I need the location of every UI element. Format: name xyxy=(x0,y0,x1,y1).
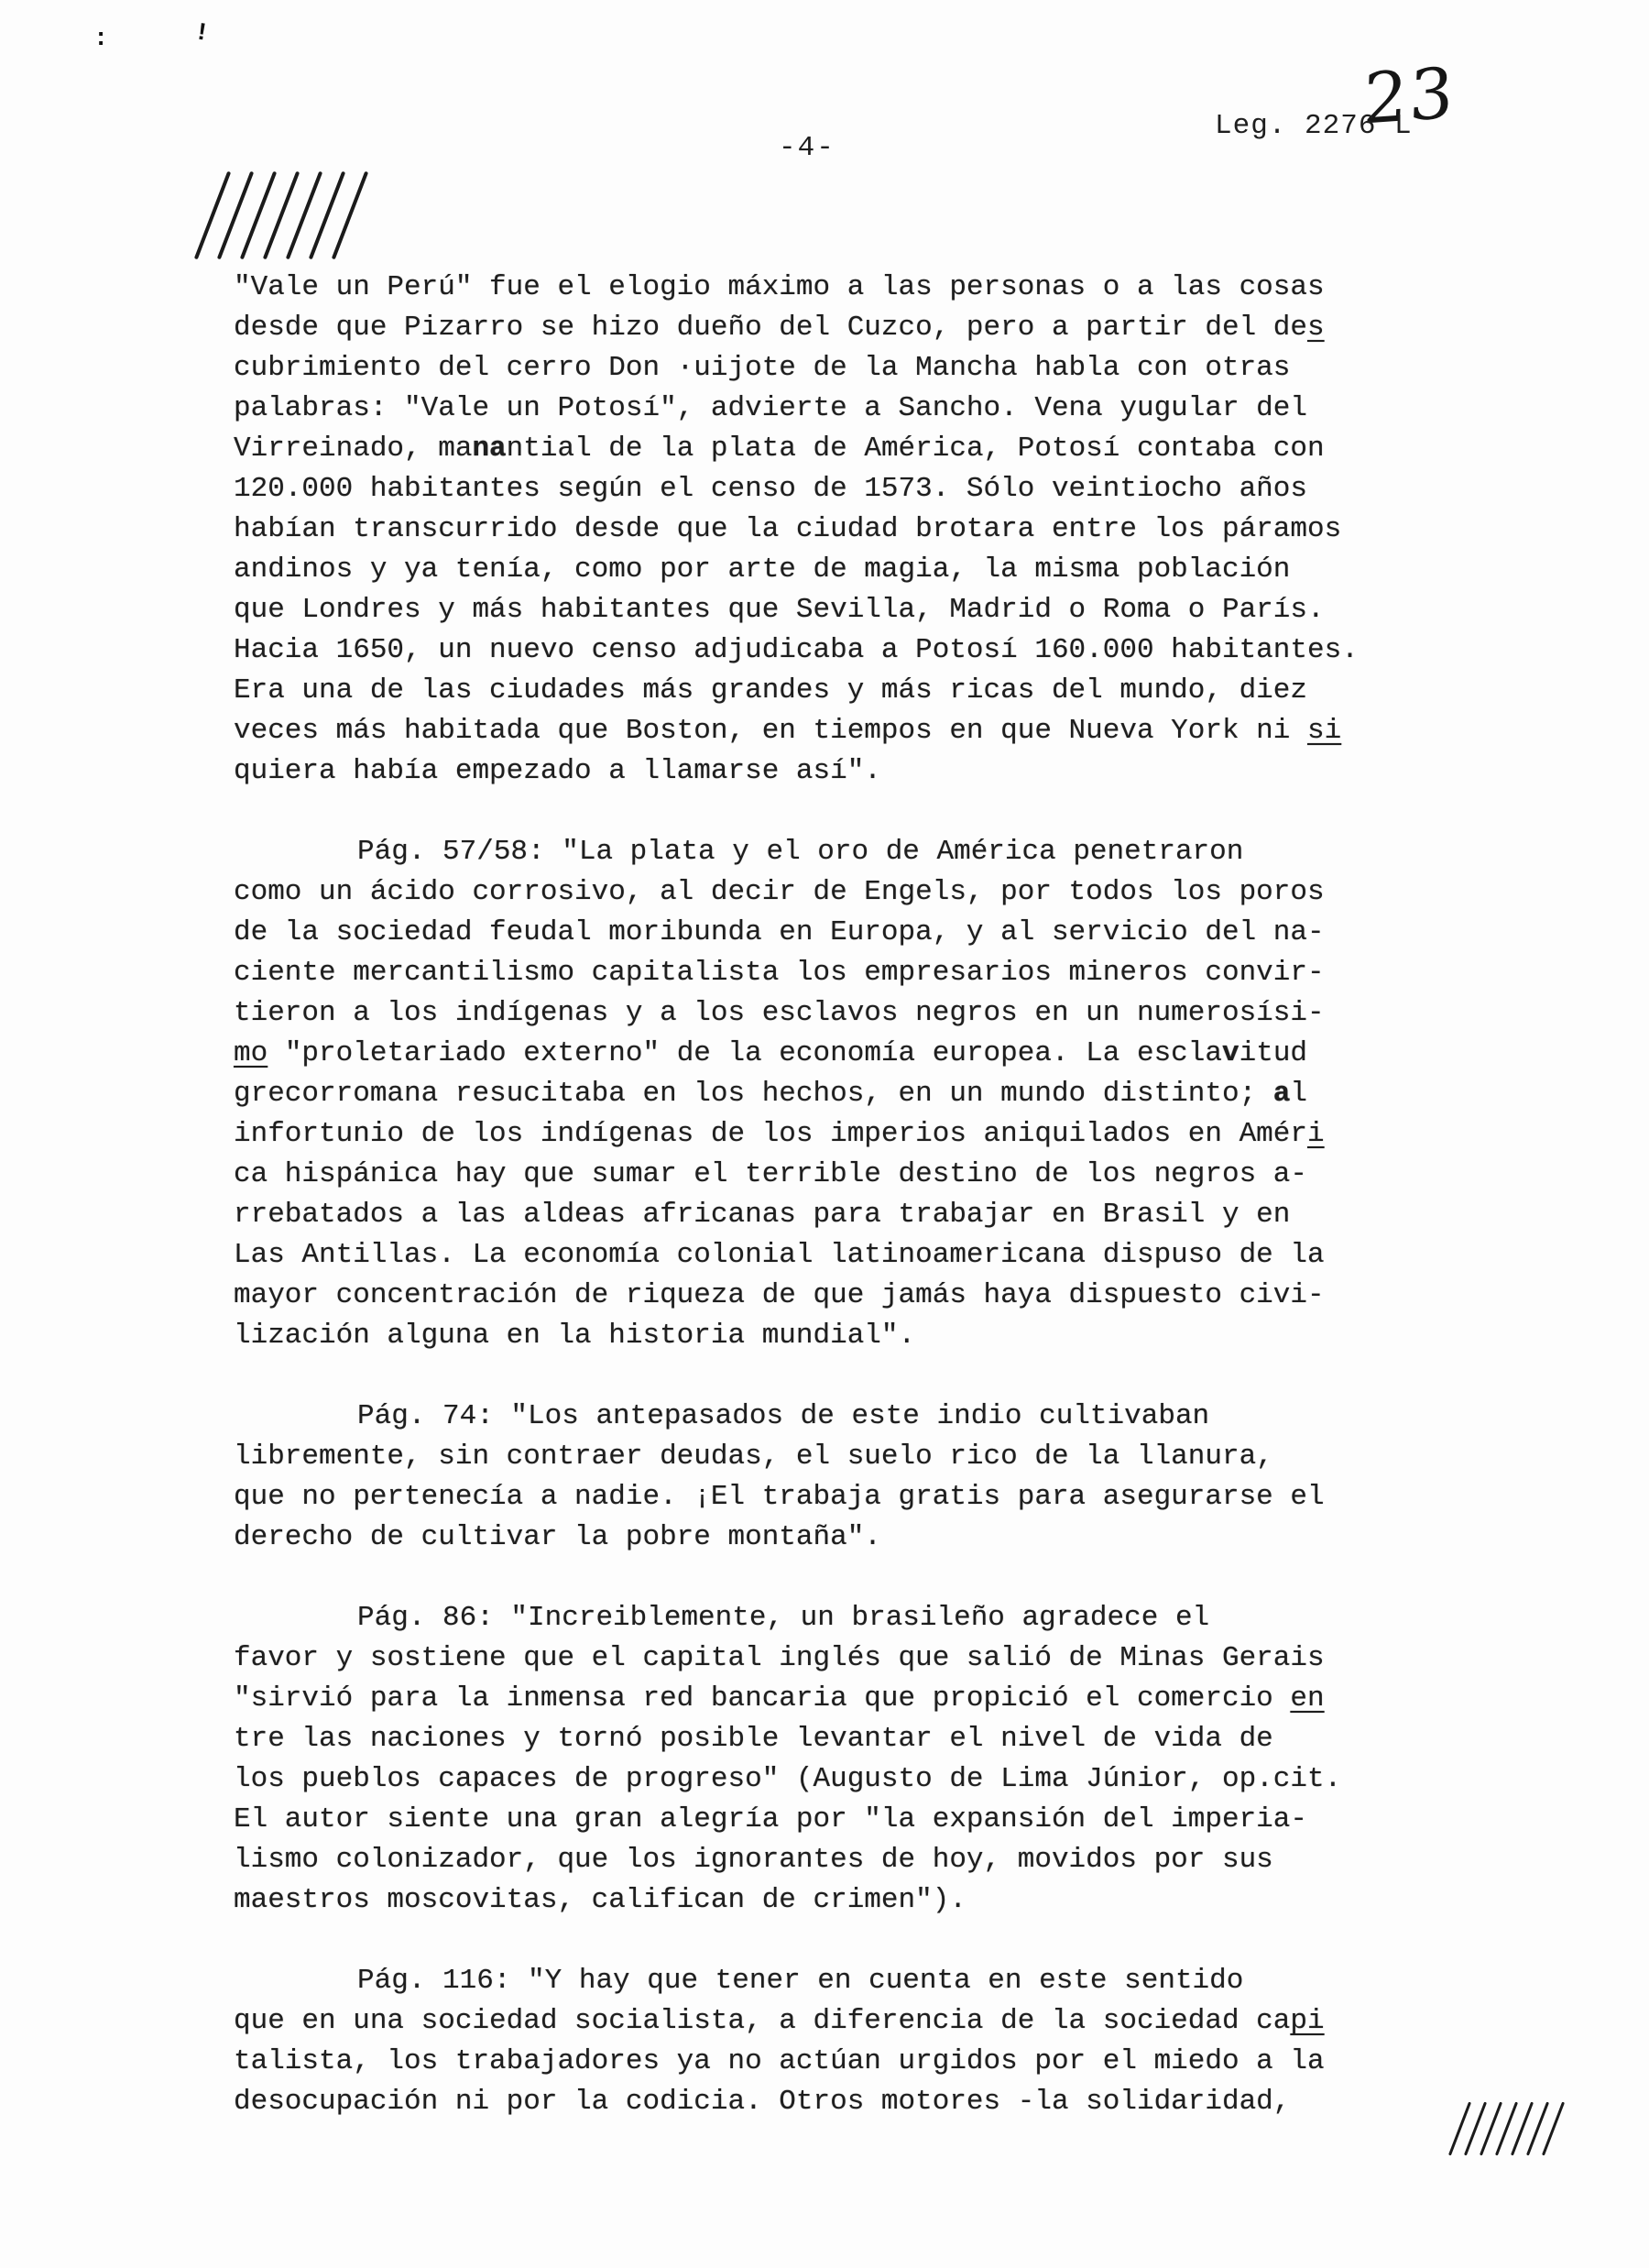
text-segment: na xyxy=(472,433,506,465)
text-segment: derecho de cultivar la pobre montaña". xyxy=(234,1521,881,1553)
text-line: Hacia 1650, un nuevo censo adjudicaba a … xyxy=(234,630,1443,671)
text-segment: Pág. 86: "Increiblemente, un brasileño a… xyxy=(357,1602,1209,1634)
text-line: Era una de las ciudades más grandes y má… xyxy=(234,671,1443,711)
text-line: lización alguna en la historia mundial". xyxy=(234,1316,1443,1356)
text-segment: El autor siente una gran alegría por "la… xyxy=(234,1803,1307,1835)
paragraph: Pág. 86: "Increiblemente, un brasileño a… xyxy=(234,1598,1443,1921)
text-segment: a xyxy=(1273,1078,1291,1110)
text-line: Pág. 116: "Y hay que tener en cuenta en … xyxy=(234,1961,1443,2001)
text-line: "sirvió para la inmensa red bancaria que… xyxy=(234,1679,1443,1719)
text-line: Pág. 57/58: "La plata y el oro de Améric… xyxy=(234,832,1443,872)
text-segment: l xyxy=(1290,1078,1307,1110)
document-body: "Vale un Perú" fue el elogio máximo a la… xyxy=(234,268,1443,2163)
text-segment: Pág. 57/58: "La plata y el oro de Améric… xyxy=(357,836,1243,868)
text-segment: de la sociedad feudal moribunda en Europ… xyxy=(234,916,1325,948)
text-line: desde que Pizarro se hizo dueño del Cuzc… xyxy=(234,308,1443,348)
legajo-reference-label: Leg. 2276 L xyxy=(1215,110,1413,142)
text-segment: desocupación ni por la codicia. Otros mo… xyxy=(234,2086,1290,2118)
text-line: rrebatados a las aldeas africanas para t… xyxy=(234,1195,1443,1235)
text-line: ca hispánica hay que sumar el terrible d… xyxy=(234,1155,1443,1195)
text-line: Las Antillas. La economía colonial latin… xyxy=(234,1235,1443,1276)
text-segment: Hacia 1650, un nuevo censo adjudicaba a … xyxy=(234,634,1359,666)
text-segment: s xyxy=(1307,312,1325,344)
paragraph: Pág. 74: "Los antepasados de este indio … xyxy=(234,1397,1443,1558)
text-line: 120.000 habitantes según el censo de 157… xyxy=(234,469,1443,509)
text-segment: si xyxy=(1307,715,1341,747)
text-segment: Pág. 74: "Los antepasados de este indio … xyxy=(357,1400,1209,1432)
text-line: infortunio de los indígenas de los imper… xyxy=(234,1114,1443,1155)
text-segment: ciente mercantilismo capitalista los emp… xyxy=(234,957,1325,989)
text-segment: quiera había empezado a llamarse así". xyxy=(234,755,881,787)
text-segment: Las Antillas. La economía colonial latin… xyxy=(234,1239,1325,1271)
text-segment: veces más habitada que Boston, en tiempo… xyxy=(234,715,1307,747)
text-line: desocupación ni por la codicia. Otros mo… xyxy=(234,2082,1443,2122)
slash-marks-bottom xyxy=(1458,2100,1555,2157)
text-segment: que en una sociedad socialista, a difere… xyxy=(234,2005,1290,2037)
text-segment: tieron a los indígenas y a los esclavos … xyxy=(234,997,1325,1029)
paragraph: "Vale un Perú" fue el elogio máximo a la… xyxy=(234,268,1443,792)
text-line: que en una sociedad socialista, a difere… xyxy=(234,2001,1443,2042)
scanned-typewritten-page: : ! 23 Leg. 2276 L -4- "Vale un Perú" fu… xyxy=(0,0,1649,2268)
text-segment: ca hispánica hay que sumar el terrible d… xyxy=(234,1158,1307,1190)
text-segment: itud xyxy=(1239,1037,1307,1069)
text-line: que no pertenecía a nadie. ¡El trabaja g… xyxy=(234,1477,1443,1517)
text-line: talista, los trabajadores ya no actúan u… xyxy=(234,2042,1443,2082)
stray-mark: ! xyxy=(192,19,211,49)
text-line: palabras: "Vale un Potosí", advierte a S… xyxy=(234,389,1443,429)
text-segment: Virreinado, ma xyxy=(234,433,472,465)
text-segment: "Vale un Perú" fue el elogio máximo a la… xyxy=(234,271,1325,303)
text-segment: i xyxy=(1307,1118,1325,1150)
text-line: libremente, sin contraer deudas, el suel… xyxy=(234,1437,1443,1477)
text-line: tieron a los indígenas y a los esclavos … xyxy=(234,993,1443,1034)
text-line: derecho de cultivar la pobre montaña". xyxy=(234,1517,1443,1558)
text-segment: Era una de las ciudades más grandes y má… xyxy=(234,674,1307,707)
slash-marks-top xyxy=(211,169,352,262)
text-segment: lismo colonizador, que los ignorantes de… xyxy=(234,1844,1273,1876)
text-line: ciente mercantilismo capitalista los emp… xyxy=(234,953,1443,993)
text-segment: andinos y ya tenía, como por arte de mag… xyxy=(234,553,1290,586)
text-line: como un ácido corrosivo, al decir de Eng… xyxy=(234,872,1443,913)
text-line: veces más habitada que Boston, en tiempo… xyxy=(234,711,1443,751)
text-segment: pi xyxy=(1290,2005,1324,2037)
text-line: de la sociedad feudal moribunda en Europ… xyxy=(234,913,1443,953)
text-line: "Vale un Perú" fue el elogio máximo a la… xyxy=(234,268,1443,308)
paragraph: Pág. 57/58: "La plata y el oro de Améric… xyxy=(234,832,1443,1356)
text-line: Pág. 86: "Increiblemente, un brasileño a… xyxy=(234,1598,1443,1638)
text-line: grecorromana resucitaba en los hechos, e… xyxy=(234,1074,1443,1114)
text-segment: 120.000 habitantes según el censo de 157… xyxy=(234,473,1307,505)
text-segment: mayor concentración de riqueza de que ja… xyxy=(234,1279,1325,1311)
text-segment: Pág. 116: "Y hay que tener en cuenta en … xyxy=(357,1965,1243,1997)
text-segment: tre las naciones y tornó posible levanta… xyxy=(234,1723,1273,1755)
text-segment: mo xyxy=(234,1037,268,1069)
text-segment: maestros moscovitas, califican de crimen… xyxy=(234,1884,966,1916)
text-segment: que no pertenecía a nadie. ¡El trabaja g… xyxy=(234,1481,1325,1513)
text-segment: "sirvió para la inmensa red bancaria que… xyxy=(234,1682,1290,1715)
text-line: habían transcurrido desde que la ciudad … xyxy=(234,509,1443,550)
text-segment: como un ácido corrosivo, al decir de Eng… xyxy=(234,876,1325,908)
text-line: favor y sostiene que el capital inglés q… xyxy=(234,1638,1443,1679)
text-segment: infortunio de los indígenas de los imper… xyxy=(234,1118,1307,1150)
text-line: mayor concentración de riqueza de que ja… xyxy=(234,1276,1443,1316)
paragraph: Pág. 116: "Y hay que tener en cuenta en … xyxy=(234,1961,1443,2122)
text-line: quiera había empezado a llamarse así". xyxy=(234,751,1443,792)
text-segment: rrebatados a las aldeas africanas para t… xyxy=(234,1199,1290,1231)
text-line: lismo colonizador, que los ignorantes de… xyxy=(234,1840,1443,1880)
text-segment: libremente, sin contraer deudas, el suel… xyxy=(234,1441,1273,1473)
text-segment: desde que Pizarro se hizo dueño del Cuzc… xyxy=(234,312,1307,344)
text-line: maestros moscovitas, califican de crimen… xyxy=(234,1880,1443,1921)
text-line: cubrimiento del cerro Don ·uijote de la … xyxy=(234,348,1443,389)
stray-mark: : xyxy=(93,26,108,53)
page-number: -4- xyxy=(779,132,835,164)
text-line: tre las naciones y tornó posible levanta… xyxy=(234,1719,1443,1759)
text-line: que Londres y más habitantes que Sevilla… xyxy=(234,590,1443,630)
text-segment: en xyxy=(1290,1682,1324,1715)
text-segment: habían transcurrido desde que la ciudad … xyxy=(234,513,1341,545)
text-segment: los pueblos capaces de progreso" (August… xyxy=(234,1763,1341,1795)
text-segment: ntial de la plata de América, Potosí con… xyxy=(507,433,1325,465)
text-segment: palabras: "Vale un Potosí", advierte a S… xyxy=(234,392,1307,424)
text-segment: "proletariado externo" de la economía eu… xyxy=(268,1037,1222,1069)
text-line: Virreinado, manantial de la plata de Amé… xyxy=(234,429,1443,469)
text-line: El autor siente una gran alegría por "la… xyxy=(234,1800,1443,1840)
text-segment: grecorromana resucitaba en los hechos, e… xyxy=(234,1078,1273,1110)
text-line: andinos y ya tenía, como por arte de mag… xyxy=(234,550,1443,590)
text-segment: favor y sostiene que el capital inglés q… xyxy=(234,1642,1325,1674)
text-segment: que Londres y más habitantes que Sevilla… xyxy=(234,594,1325,626)
text-segment: v xyxy=(1222,1037,1239,1069)
text-segment: lización alguna en la historia mundial". xyxy=(234,1320,915,1352)
text-line: mo "proletariado externo" de la economía… xyxy=(234,1034,1443,1074)
text-line: Pág. 74: "Los antepasados de este indio … xyxy=(234,1397,1443,1437)
text-segment: talista, los trabajadores ya no actúan u… xyxy=(234,2045,1325,2077)
text-segment: cubrimiento del cerro Don ·uijote de la … xyxy=(234,352,1290,384)
text-line: los pueblos capaces de progreso" (August… xyxy=(234,1759,1443,1800)
